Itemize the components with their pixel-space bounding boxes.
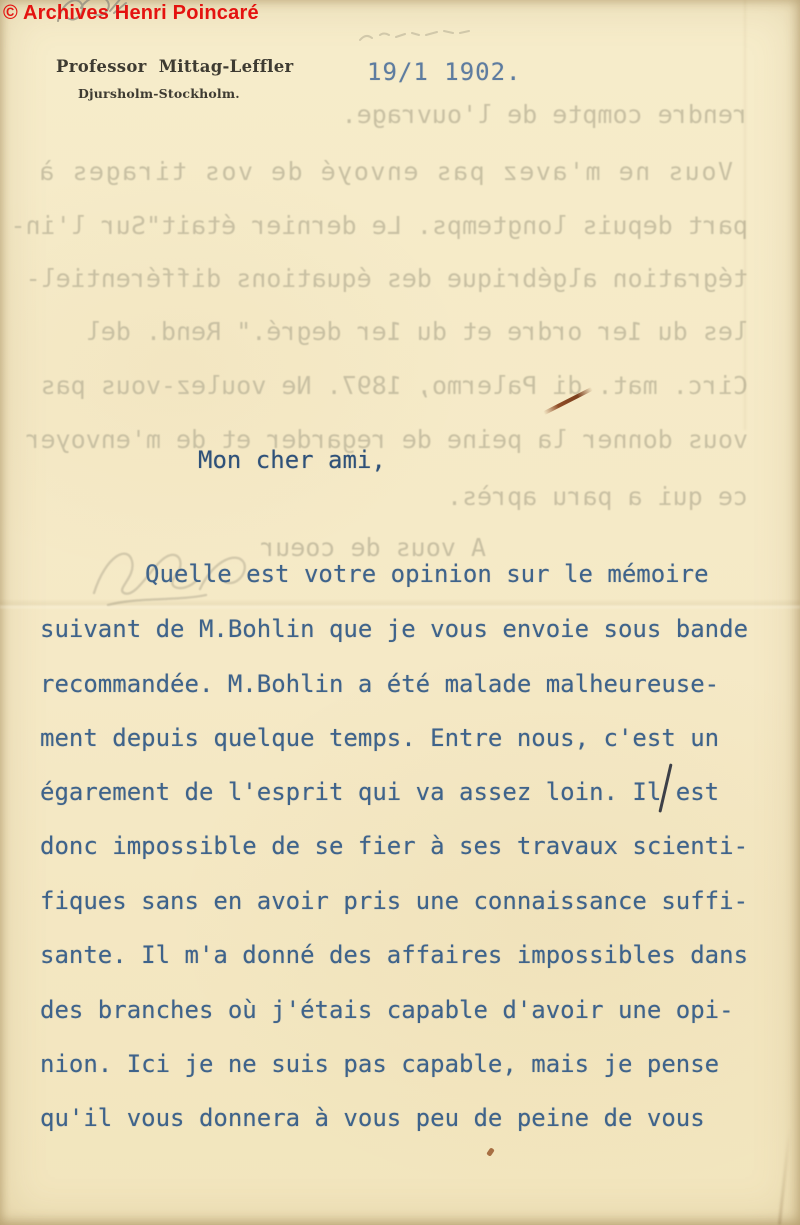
bleed-line: vous donner la peine de regarder et de m… <box>26 425 748 454</box>
bleed-line: Vous ne m'avez pas envoyé de vos tirages… <box>38 157 733 186</box>
body-line: donc impossible de se fier à ses travaux… <box>40 832 748 860</box>
body-line: qu'il vous donnera à vous peu de peine d… <box>40 1104 705 1132</box>
salutation: Mon cher ami, <box>198 446 386 474</box>
fold-crease <box>0 599 800 610</box>
bleed-line: ce qui a paru après. <box>447 482 748 511</box>
corner-crease <box>778 1128 791 1225</box>
bleed-line: part depuis longtemps. Le dernier était"… <box>10 211 748 240</box>
body-line: égarement de l'esprit qui va assez loin.… <box>40 778 719 806</box>
copyright-watermark: © Archives Henri Poincaré <box>3 2 259 25</box>
bleed-line: les du 1er ordre et du 1er degré." Rend.… <box>86 317 748 346</box>
body-line: recommandée. M.Bohlin a été malade malhe… <box>40 670 719 698</box>
body-line: nion. Ici je ne suis pas capable, mais j… <box>40 1050 719 1078</box>
edge-crease <box>744 0 746 430</box>
bleed-line: rendre compte de l'ouvrage. <box>342 100 748 129</box>
scanned-letter-page: © Archives Henri Poincaré Professor Mitt… <box>0 0 800 1225</box>
letterhead-name: Professor Mittag-Leffler <box>56 57 294 76</box>
body-line: fiques sans en avoir pris une connaissan… <box>40 887 748 915</box>
bleed-line: tégration algébrique des équations diffé… <box>26 264 748 293</box>
body-line: Quelle est votre opinion sur le mémoire <box>145 560 709 588</box>
bleed-line: A vous de coeur <box>260 533 486 562</box>
paper-fleck <box>486 1147 495 1156</box>
bleed-line: Circ. mat. di Palermo, 1897. Ne voulez-v… <box>41 371 748 400</box>
pencil-marks <box>358 24 482 50</box>
body-line: sante. Il m'a donné des affaires impossi… <box>40 941 748 969</box>
body-line: suivant de M.Bohlin que je vous envoie s… <box>40 615 748 643</box>
bleed-through-text: rendre compte de l'ouvrage. Vous ne m'av… <box>30 95 748 565</box>
body-line: des branches où j'étais capable d'avoir … <box>40 996 734 1024</box>
letter-date: 19/1 1902. <box>367 58 522 86</box>
body-line: ment depuis quelque temps. Entre nous, c… <box>40 724 719 752</box>
